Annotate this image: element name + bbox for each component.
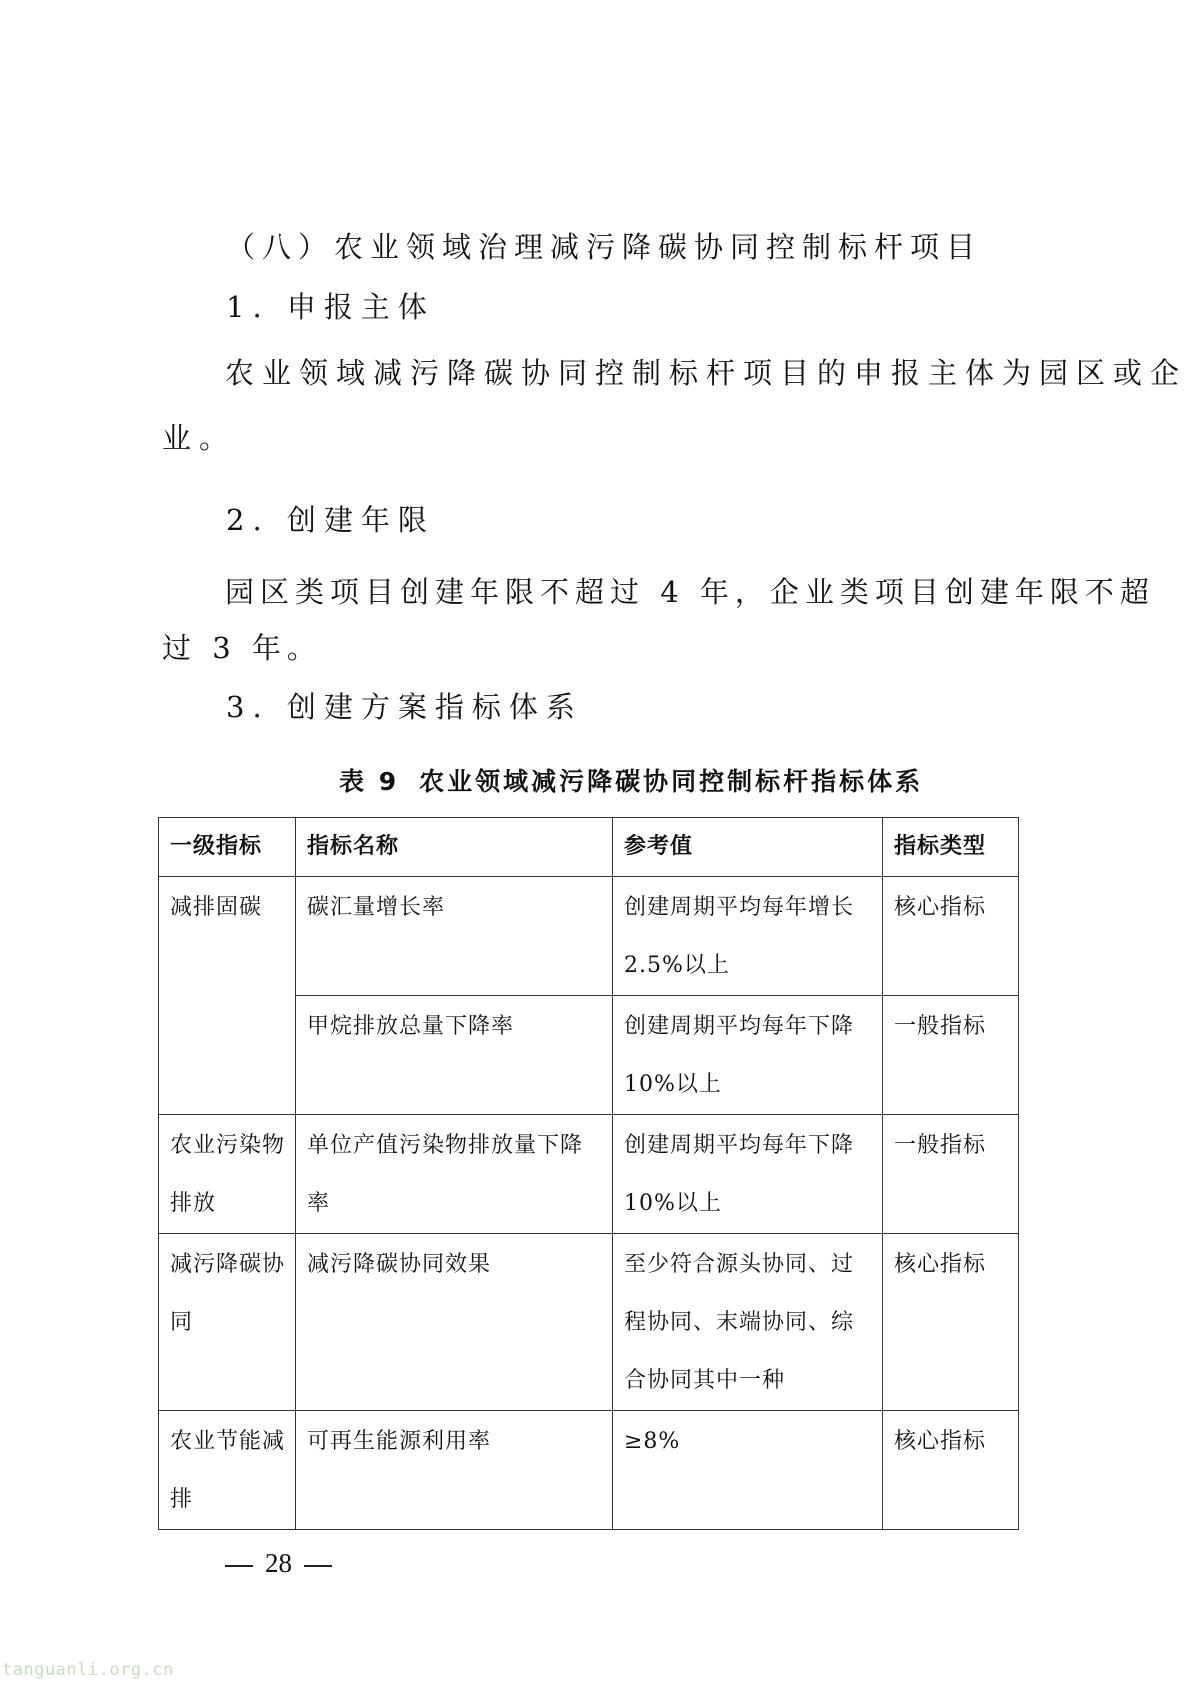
cell-type: 一般指标 (883, 1115, 1019, 1234)
indicator-table: 一级指标 指标名称 参考值 指标类型 减排固碳 碳汇量增长率 创建周期平均每年增… (158, 817, 1019, 1530)
cell-reference: 至少符合源头协同、过程协同、末端协同、综合协同其中一种 (613, 1234, 883, 1411)
watermark: tanguanli.org.cn (2, 1660, 174, 1680)
cell-reference: 创建周期平均每年下降10%以上 (613, 996, 883, 1115)
cell-level1: 农业节能减排 (159, 1411, 296, 1530)
cell-type: 一般指标 (883, 996, 1019, 1115)
cell-type: 核心指标 (883, 1411, 1019, 1530)
subsection-2-paragraph-line-1: 园区类项目创建年限不超过 4 年，企业类项目创建年限不超 (225, 572, 1155, 612)
cell-type: 核心指标 (883, 1234, 1019, 1411)
cell-reference: 创建周期平均每年增长2.5%以上 (613, 877, 883, 996)
table-header-row: 一级指标 指标名称 参考值 指标类型 (159, 818, 1019, 877)
header-level1: 一级指标 (159, 818, 296, 877)
cell-type: 核心指标 (883, 877, 1019, 996)
header-name: 指标名称 (296, 818, 613, 877)
table-title: 表 9农业领域减污降碳协同控制标杆指标体系 (339, 762, 923, 798)
cell-level1: 农业污染物排放 (159, 1115, 296, 1234)
section-heading: （八）农业领域治理减污降碳协同控制标杆项目 (226, 227, 982, 267)
subsection-3-heading: 3. 创建方案指标体系 (226, 687, 583, 727)
table-row: 减污降碳协同 减污降碳协同效果 至少符合源头协同、过程协同、末端协同、综合协同其… (159, 1234, 1019, 1411)
cell-name: 减污降碳协同效果 (296, 1234, 613, 1411)
subsection-1-paragraph-line-1: 农业领域减污降碳协同控制标杆项目的申报主体为园区或企 (225, 353, 1187, 393)
cell-reference: ≥8% (613, 1411, 883, 1530)
cell-level1: 减排固碳 (159, 877, 296, 1115)
cell-reference: 创建周期平均每年下降10%以上 (613, 1115, 883, 1234)
table-row: 农业节能减排 可再生能源利用率 ≥8% 核心指标 (159, 1411, 1019, 1530)
header-type: 指标类型 (883, 818, 1019, 877)
subsection-1-paragraph-line-2: 业。 (162, 418, 236, 458)
header-reference: 参考值 (613, 818, 883, 877)
dash-decoration (225, 1565, 253, 1567)
table-row: 农业污染物排放 单位产值污染物排放量下降率 创建周期平均每年下降10%以上 一般… (159, 1115, 1019, 1234)
table-title-number: 表 9 (339, 767, 399, 796)
subsection-2-heading: 2. 创建年限 (226, 500, 435, 540)
cell-name: 单位产值污染物排放量下降率 (296, 1115, 613, 1234)
cell-name: 碳汇量增长率 (296, 877, 613, 996)
table-row: 减排固碳 碳汇量增长率 创建周期平均每年增长2.5%以上 核心指标 (159, 877, 1019, 996)
cell-name: 甲烷排放总量下降率 (296, 996, 613, 1115)
subsection-2-paragraph-line-2: 过 3 年。 (162, 628, 322, 668)
cell-level1: 减污降碳协同 (159, 1234, 296, 1411)
page-footer: 28 (213, 1548, 344, 1579)
dash-decoration (304, 1565, 332, 1567)
subsection-1-heading: 1. 申报主体 (226, 287, 435, 327)
page-number: 28 (265, 1548, 292, 1578)
cell-name: 可再生能源利用率 (296, 1411, 613, 1530)
table-title-text: 农业领域减污降碳协同控制标杆指标体系 (419, 767, 923, 796)
